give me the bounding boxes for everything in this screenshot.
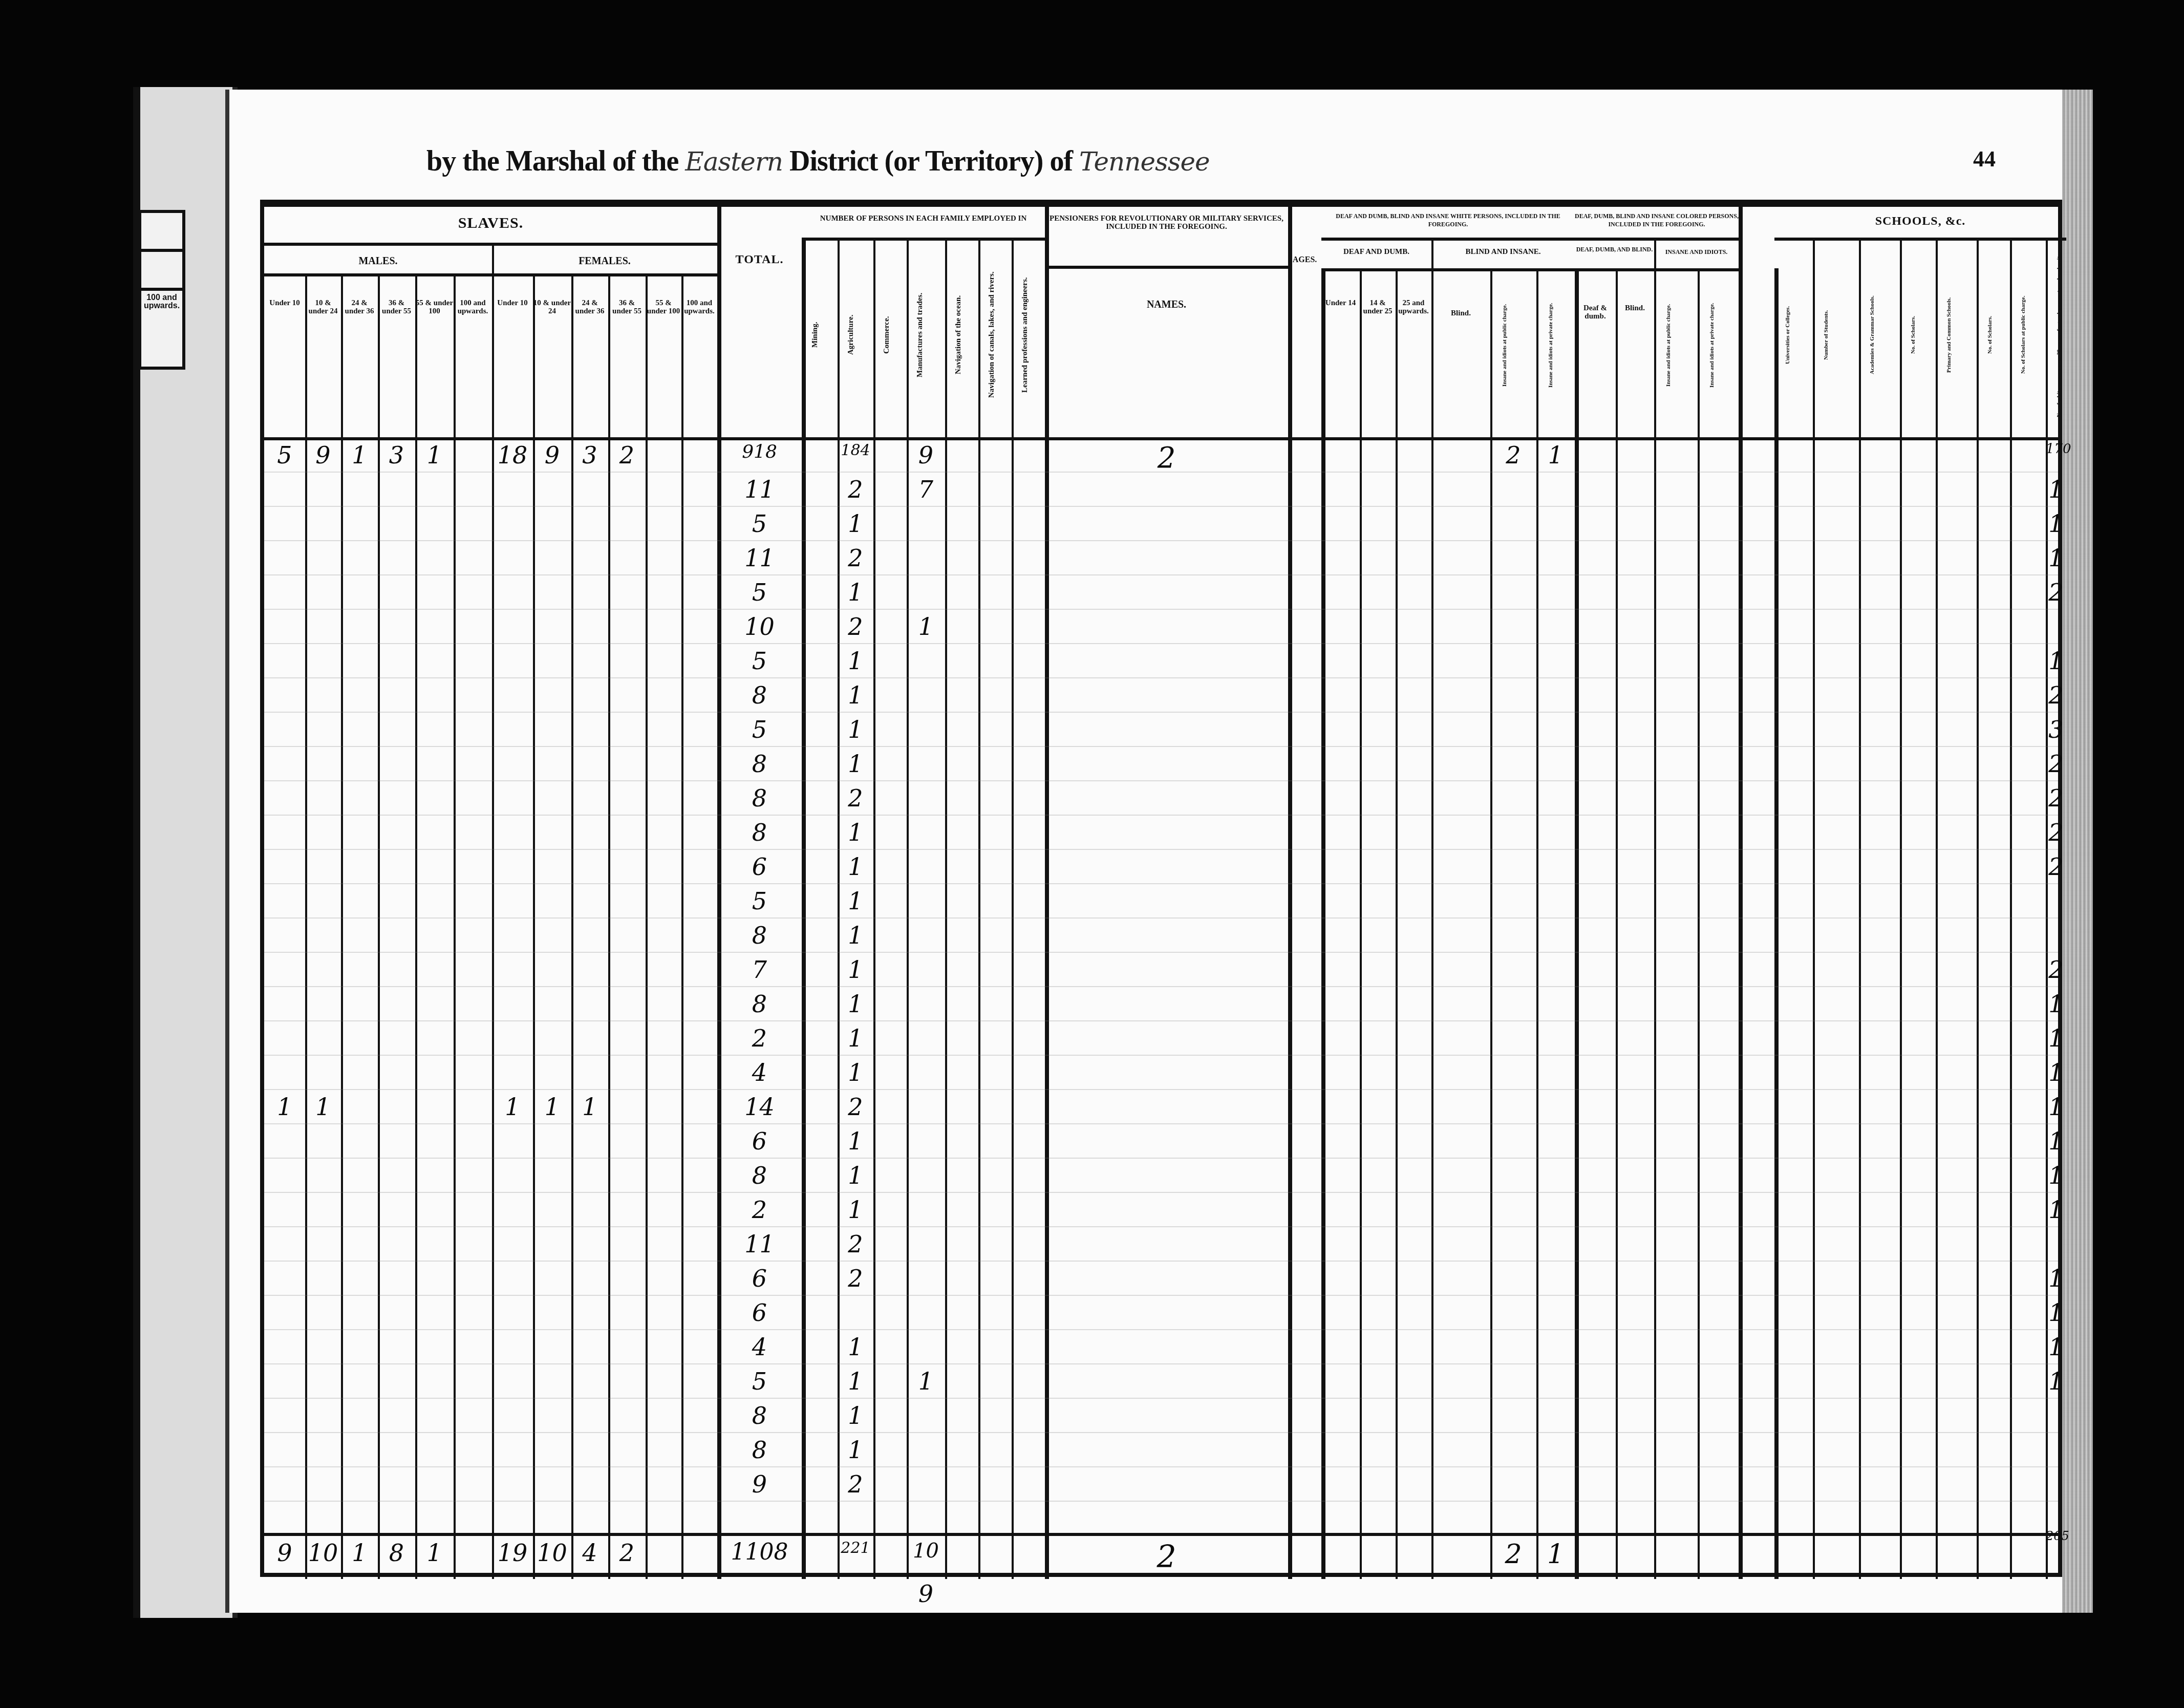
column-divider — [1321, 268, 1325, 1579]
column-divider — [571, 273, 573, 1579]
illiterate-cell: 1 — [2046, 647, 2066, 675]
header-employed-col: Learned professions and engineers. — [1021, 253, 1029, 417]
male-slave-cell: 3 — [378, 441, 415, 469]
ruled-row — [264, 1192, 2058, 1193]
agriculture-cell: 1 — [838, 887, 873, 915]
header-males: MALES. — [264, 255, 492, 267]
column-divider — [341, 273, 343, 1579]
column-divider — [978, 238, 980, 1579]
header-slave-age: 36 & under 55 — [608, 299, 646, 315]
illiterate-cell: 1 — [2046, 1368, 2066, 1395]
total-cell: 8 — [717, 819, 802, 846]
total-cell: 8 — [717, 922, 802, 949]
agriculture-cell: 1 — [838, 1024, 873, 1052]
column-divider — [533, 273, 535, 1579]
ruled-row — [264, 1432, 2058, 1433]
column-divider — [2010, 238, 2012, 1579]
ruled-row — [264, 540, 2058, 541]
page-title: by the Marshal of the Eastern District (… — [426, 145, 1210, 178]
total-cell: 5 — [717, 887, 802, 915]
agriculture-cell: 1 — [838, 1436, 873, 1464]
agriculture-cell: 1 — [838, 579, 873, 606]
total-male-slave-cell: 8 — [378, 1539, 415, 1567]
header-schools-col: No. of white persons over 20 years of ag… — [2055, 248, 2063, 422]
ruled-row — [264, 506, 2058, 507]
illiterate-cell: 2 — [2046, 579, 2066, 606]
district-handwritten: Eastern — [685, 147, 783, 177]
ruled-row — [264, 815, 2058, 816]
total-insane-public-cell: 1 — [1536, 1539, 1575, 1570]
header-slave-age: 10 & under 24 — [533, 299, 571, 315]
agriculture-cell: 1 — [838, 1196, 873, 1224]
agriculture-cell: 1 — [838, 1333, 873, 1361]
male-slave-cell: 5 — [264, 441, 305, 469]
male-slave-cell: 1 — [341, 441, 378, 469]
illiterate-cell: 1 — [2046, 1059, 2066, 1086]
female-slave-cell: 2 — [608, 441, 646, 469]
header-white-deaf: DEAF AND DUMB, BLIND AND INSANE WHITE PE… — [1321, 212, 1575, 228]
header-deaf-dumb: DEAF AND DUMB. — [1321, 248, 1431, 256]
male-slave-cell: 1 — [415, 441, 454, 469]
header-schools: SCHOOLS, &c. — [1774, 215, 2066, 228]
header-slave-age: 55 & under 100 — [415, 299, 454, 315]
total-manufactures-cell: 10 — [907, 1539, 945, 1563]
header-employed-col: Agriculture. — [847, 253, 855, 417]
column-divider — [873, 238, 875, 1579]
header-employed-col: Mining. — [811, 253, 819, 417]
total-cell: 6 — [717, 1299, 802, 1327]
header-employed-col: Navigation of the ocean. — [954, 253, 962, 417]
header-slave-age: 100 and upwards. — [454, 299, 492, 315]
column-divider — [454, 273, 456, 1579]
column-divider — [1616, 268, 1618, 1579]
total-female-slave-cell: 19 — [492, 1539, 533, 1567]
column-divider — [608, 273, 610, 1579]
agriculture-cell: 2 — [838, 784, 873, 812]
manufactures-cell: 7 — [907, 476, 945, 503]
agriculture-cell: 1 — [838, 990, 873, 1018]
agriculture-cell: 1 — [838, 956, 873, 984]
total-cell: 2 — [717, 1196, 802, 1224]
column-divider — [646, 273, 648, 1579]
header-colored-dd-col: Blind. — [1616, 304, 1654, 312]
illiterate-cell: 2 — [2046, 956, 2066, 984]
title-prefix: by the Marshal of the — [426, 145, 678, 177]
header-total: TOTAL. — [717, 253, 802, 267]
sex-subline — [264, 273, 717, 276]
illiterate-cell: 1 — [2046, 1093, 2066, 1121]
agriculture-cell: 1 — [838, 1402, 873, 1429]
column-divider — [1900, 238, 1902, 1579]
agriculture-cell: 1 — [838, 1059, 873, 1086]
ruled-row — [264, 1123, 2058, 1124]
ruled-row — [264, 1398, 2058, 1399]
total-pensioner-cell: 2 — [1045, 1539, 1288, 1575]
page-number: 44 — [1973, 146, 1996, 172]
header-slave-age: Under 10 — [492, 299, 533, 307]
header-deaf-col: Under 14 — [1321, 299, 1360, 307]
header-employed-col: Manufactures and trades. — [916, 253, 924, 417]
header-schools-col: Number of Students. — [1822, 248, 1830, 422]
white-subline — [1321, 238, 1575, 241]
illiterate-cell: 2 — [2046, 819, 2066, 846]
female-slave-cell: 9 — [533, 441, 571, 469]
column-divider — [1936, 238, 1938, 1579]
header-slave-age: 24 & under 36 — [571, 299, 608, 315]
header-colored-ddb: DEAF, DUMB, AND BLIND. — [1575, 245, 1654, 253]
total-manufactures-below: 9 — [907, 1580, 945, 1608]
ruled-row — [264, 1020, 2058, 1021]
total-cell: 8 — [717, 1436, 802, 1464]
census-page: by the Marshal of the Eastern District (… — [225, 90, 2093, 1613]
census-table: SLAVES.MALES.FEMALES.Under 1010 & under … — [260, 200, 2062, 1577]
total-cell: 5 — [717, 716, 802, 743]
ruled-row — [264, 1363, 2058, 1364]
pensioners-subline — [1045, 266, 1288, 269]
column-divider — [1431, 238, 1433, 1579]
schools-subline — [1774, 238, 2066, 241]
ruled-row — [264, 609, 2058, 610]
total-cell: 8 — [717, 784, 802, 812]
total-cell: 2 — [717, 1024, 802, 1052]
total-cell: 11 — [717, 1230, 802, 1258]
ruled-row — [264, 849, 2058, 850]
ruled-row — [264, 1261, 2058, 1262]
header-names: NAMES. — [1045, 299, 1288, 311]
agriculture-cell: 1 — [838, 1368, 873, 1395]
column-divider — [415, 273, 417, 1579]
male-slave-cell: 1 — [264, 1093, 305, 1121]
insane-public-cell: 1 — [1536, 441, 1575, 469]
agriculture-cell: 2 — [838, 476, 873, 503]
column-divider — [1288, 207, 1292, 1579]
header-colored-insane-col: Insane and idiots at public charge. — [1664, 284, 1673, 407]
illiterate-cell: 1 — [2046, 1299, 2066, 1327]
column-divider — [1654, 238, 1656, 1579]
ruled-row — [264, 1329, 2058, 1330]
total-cell: 6 — [717, 1265, 802, 1292]
column-divider — [1859, 238, 1861, 1579]
column-divider — [802, 238, 806, 1579]
ruled-row — [264, 574, 2058, 575]
header-slaves: SLAVES. — [264, 215, 717, 232]
illiterate-cell: 1 — [2046, 510, 2066, 538]
ruled-row — [264, 677, 2058, 678]
agriculture-cell: 1 — [838, 681, 873, 709]
total-cell: 5 — [717, 510, 802, 538]
illiterate-cell: 1 — [2046, 1265, 2066, 1292]
total-male-slave-cell: 1 — [415, 1539, 454, 1567]
total-cell: 4 — [717, 1059, 802, 1086]
manufactures-cell: 1 — [907, 1368, 945, 1395]
header-slave-age: 100 and upwards. — [681, 299, 717, 315]
illiterate-cell: 1 — [2046, 1196, 2066, 1224]
ruled-row — [264, 1226, 2058, 1227]
header-schools-col: Primary and Common Schools. — [1945, 248, 1953, 422]
header-colored-deaf: DEAF, DUMB, BLIND AND INSANE COLORED PER… — [1575, 212, 1739, 228]
header-schools-col: No. of Scholars. — [1909, 248, 1917, 422]
page-edge — [2062, 90, 2093, 1613]
ruled-row — [264, 1295, 2058, 1296]
ruled-row — [264, 780, 2058, 781]
total-cell: 918 — [717, 441, 802, 462]
total-cell: 7 — [717, 956, 802, 984]
header-colored-insane-col: Insane and idiots at private charge. — [1708, 284, 1716, 407]
total-cell: 8 — [717, 990, 802, 1018]
agriculture-cell: 1 — [838, 716, 873, 743]
header-schools-col: Universities or Colleges. — [1784, 248, 1792, 422]
column-divider — [1360, 268, 1362, 1579]
ruled-row — [264, 1089, 2058, 1090]
column-divider — [305, 273, 307, 1579]
total-cell: 11 — [717, 476, 802, 503]
ruled-row — [264, 1466, 2058, 1467]
total-male-slave-cell: 10 — [305, 1539, 341, 1567]
manufactures-cell: 9 — [907, 441, 945, 469]
illiterate-cell: 2 — [2046, 853, 2066, 881]
male-slave-cell: 9 — [305, 441, 341, 469]
spine-tab: 100 and upwards. — [138, 210, 185, 370]
agriculture-cell: 2 — [838, 1265, 873, 1292]
column-divider — [1813, 238, 1815, 1579]
total-cell: 11 — [717, 544, 802, 572]
agriculture-cell: 1 — [838, 750, 873, 778]
header-females: FEMALES. — [492, 255, 717, 267]
blind-cell: 2 — [1490, 441, 1536, 469]
header-slave-age: 55 & under 100 — [646, 299, 681, 315]
ruled-row — [264, 1055, 2058, 1056]
agriculture-cell: 2 — [838, 544, 873, 572]
illiterate-cell: 2 — [2046, 681, 2066, 709]
title-mid: District (or Territory) of — [789, 145, 1073, 177]
slaves-subline — [264, 243, 717, 246]
header-slave-age: Under 10 — [264, 299, 305, 307]
total-cell: 6 — [717, 853, 802, 881]
illiterate-cell: 3 — [2046, 716, 2066, 743]
header-insane-col: Insane and idiots at private charge. — [1547, 284, 1555, 407]
header-employed-col: Commerce. — [883, 253, 891, 417]
female-slave-cell: 1 — [533, 1093, 571, 1121]
column-divider — [1045, 207, 1049, 1579]
illiterate-cell: 170 — [2046, 441, 2066, 457]
illiterate-cell: 1 — [2046, 1162, 2066, 1189]
header-employed: NUMBER OF PERSONS IN EACH FAMILY EMPLOYE… — [802, 215, 1045, 223]
header-slave-age: 36 & under 55 — [378, 299, 415, 315]
column-divider — [681, 273, 683, 1579]
header-blind-insane: BLIND AND INSANE. — [1431, 248, 1575, 256]
header-schools-col: No. of Scholars at public charge. — [2019, 248, 2027, 422]
ruled-row — [264, 643, 2058, 644]
header-blind-col: Blind. — [1431, 309, 1490, 317]
agriculture-cell: 2 — [838, 1470, 873, 1498]
total-blind-cell: 2 — [1490, 1539, 1536, 1570]
ruled-row — [264, 746, 2058, 747]
grand-total-cell: 1108 — [717, 1539, 802, 1565]
agriculture-cell: 1 — [838, 510, 873, 538]
total-cell: 8 — [717, 750, 802, 778]
illiterate-cell: 1 — [2046, 1024, 2066, 1052]
ruled-row — [264, 1501, 2058, 1502]
colored-subline — [1575, 238, 1739, 241]
illiterate-cell: 1 — [2046, 1127, 2066, 1155]
header-deaf-col: 25 and upwards. — [1396, 299, 1431, 315]
header-colored-insane: INSANE AND IDIOTS. — [1654, 248, 1739, 256]
total-cell: 6 — [717, 1127, 802, 1155]
column-divider — [1739, 207, 1743, 1579]
column-divider — [1012, 238, 1014, 1579]
colored-subline2 — [1575, 268, 1739, 271]
agriculture-cell: 1 — [838, 853, 873, 881]
pensioner-cell: 2 — [1045, 441, 1288, 475]
agriculture-cell: 2 — [838, 613, 873, 640]
total-female-slave-cell: 10 — [533, 1539, 571, 1567]
column-divider — [1774, 268, 1779, 1579]
total-cell: 8 — [717, 1162, 802, 1189]
illiterate-cell: 1 — [2046, 476, 2066, 503]
column-divider — [378, 273, 380, 1579]
total-female-slave-cell: 4 — [571, 1539, 608, 1567]
ruled-row — [264, 917, 2058, 919]
agriculture-cell: 1 — [838, 647, 873, 675]
total-cell: 14 — [717, 1093, 802, 1121]
header-schools-col: Academies & Grammar Schools. — [1868, 248, 1876, 422]
total-female-slave-cell: 2 — [608, 1539, 646, 1567]
total-cell: 5 — [717, 579, 802, 606]
illiterate-cell: 1 — [2046, 990, 2066, 1018]
agriculture-cell: 2 — [838, 1093, 873, 1121]
ruled-row — [264, 712, 2058, 713]
illiterate-cell: 2 — [2046, 750, 2066, 778]
total-cell: 9 — [717, 1470, 802, 1498]
agriculture-cell: 184 — [838, 441, 873, 459]
spine-label: 100 and upwards. — [141, 291, 182, 310]
column-divider — [1396, 268, 1398, 1579]
header-schools-col: No. of Scholars. — [1986, 248, 1994, 422]
column-divider — [1977, 238, 1979, 1579]
illiterate-cell: 2 — [2046, 784, 2066, 812]
total-cell: 5 — [717, 647, 802, 675]
total-male-slave-cell: 1 — [341, 1539, 378, 1567]
total-cell: 8 — [717, 1402, 802, 1429]
total-cell: 10 — [717, 613, 802, 640]
header-insane-col: Insane and idiots at public charge. — [1501, 284, 1509, 407]
female-slave-cell: 3 — [571, 441, 608, 469]
female-slave-cell: 1 — [571, 1093, 608, 1121]
ruled-row — [264, 986, 2058, 987]
state-handwritten: Tennessee — [1079, 147, 1210, 177]
illiterate-cell: 1 — [2046, 1333, 2066, 1361]
female-slave-cell: 1 — [492, 1093, 533, 1121]
agriculture-cell: 1 — [838, 1162, 873, 1189]
female-slave-cell: 18 — [492, 441, 533, 469]
header-pensioners: PENSIONERS FOR REVOLUTIONARY OR MILITARY… — [1045, 215, 1288, 231]
illiterate-cell: 1 — [2046, 544, 2066, 572]
total-cell: 4 — [717, 1333, 802, 1361]
manufactures-cell: 1 — [907, 613, 945, 640]
total-agriculture-cell: 221 — [838, 1539, 873, 1557]
total-male-slave-cell: 9 — [264, 1539, 305, 1567]
header-slave-age: 24 & under 36 — [341, 299, 378, 315]
header-employed-col: Navigation of canals, lakes, and rivers. — [988, 253, 996, 417]
total-illiterate-cell: 205 — [2046, 1529, 2066, 1543]
agriculture-cell: 1 — [838, 922, 873, 949]
total-cell: 8 — [717, 681, 802, 709]
column-divider — [945, 238, 947, 1579]
ruled-row — [264, 952, 2058, 953]
agriculture-cell: 2 — [838, 1230, 873, 1258]
header-deaf-col: 14 & under 25 — [1360, 299, 1396, 315]
agriculture-cell: 1 — [838, 819, 873, 846]
header-ages: AGES. — [1288, 255, 1321, 265]
column-divider — [1575, 268, 1579, 1579]
column-divider — [1698, 268, 1700, 1579]
agriculture-cell: 1 — [838, 1127, 873, 1155]
header-colored-dd-col: Deaf & dumb. — [1575, 304, 1616, 321]
header-slave-age: 10 & under 24 — [305, 299, 341, 315]
ruled-row — [264, 883, 2058, 884]
total-cell: 5 — [717, 1368, 802, 1395]
ruled-row — [264, 1158, 2058, 1159]
male-slave-cell: 1 — [305, 1093, 341, 1121]
